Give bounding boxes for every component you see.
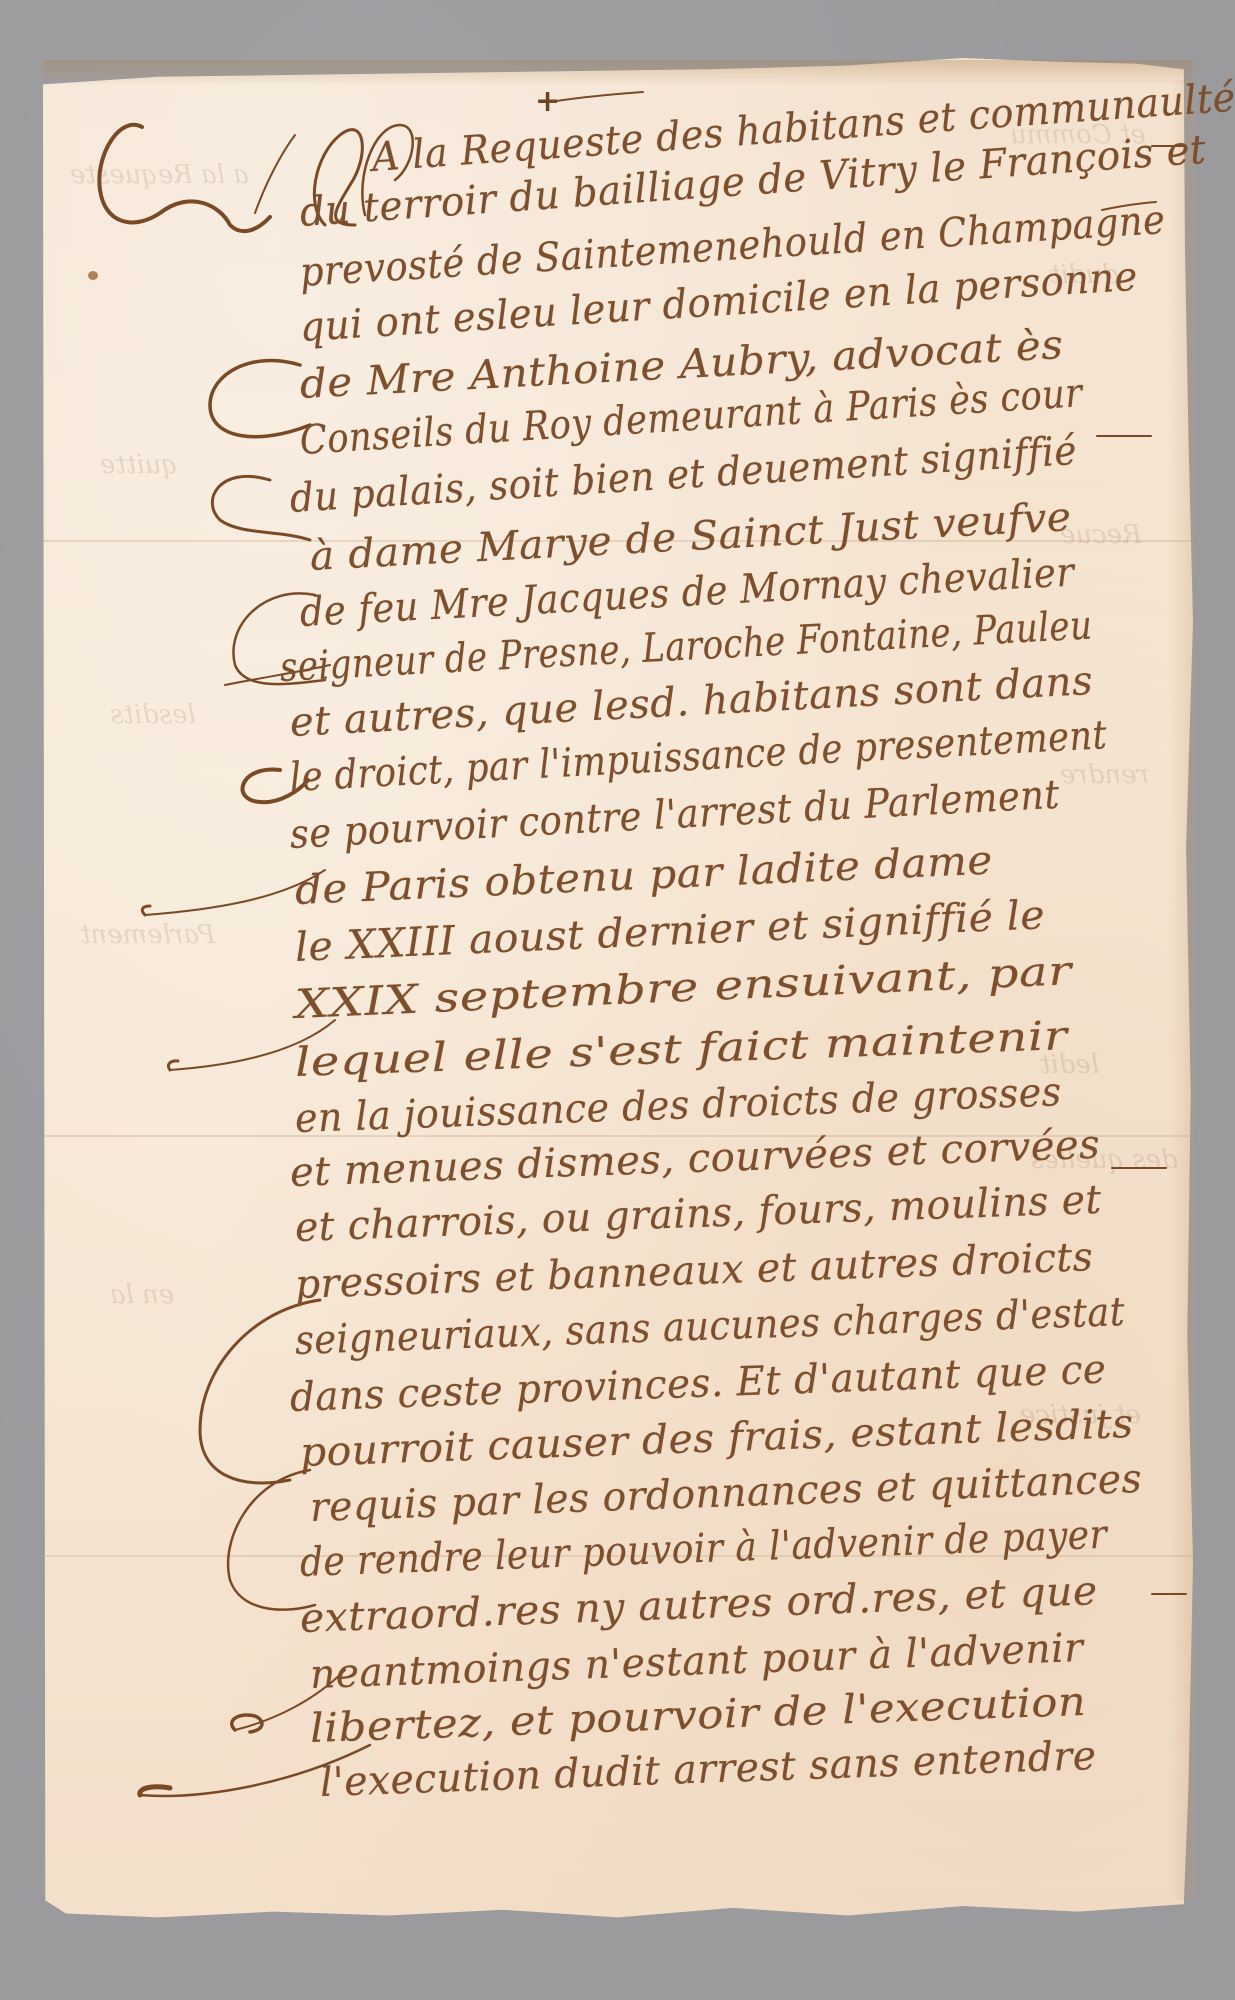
ink-spot (88, 271, 98, 280)
cross-mark: + (535, 84, 560, 119)
